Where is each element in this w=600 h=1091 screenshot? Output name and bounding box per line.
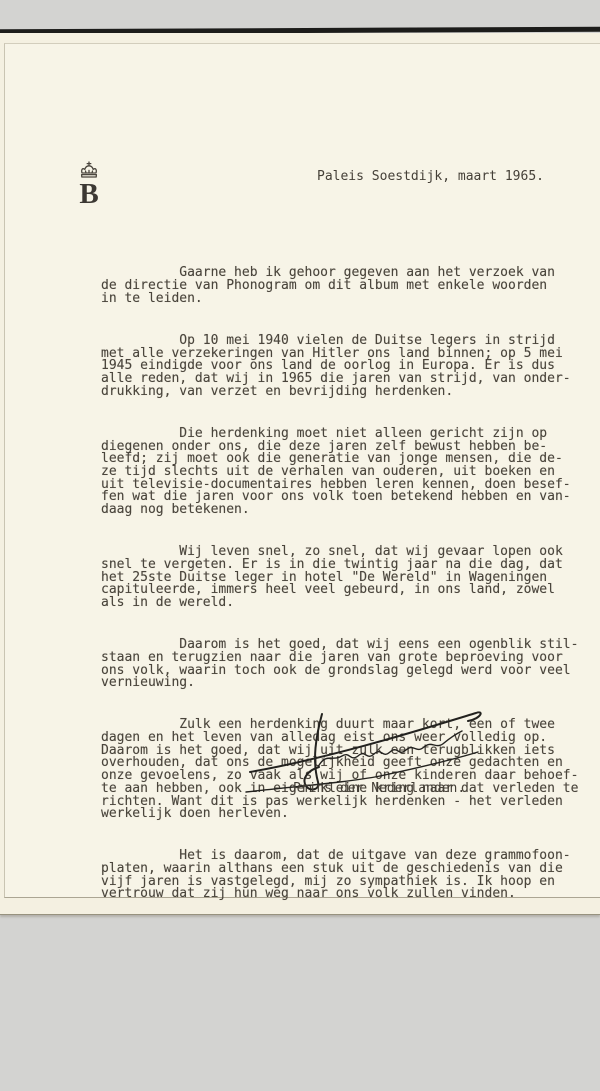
crown-icon [78,160,100,180]
letter-paragraph-3: Die herdenking moet niet alleen gericht … [101,428,593,517]
letter-paragraph-1: Gaarne heb ik gehoor gegeven aan het ver… [101,267,593,305]
letter-paragraph-5: Daarom is het goed, dat wij eens een oge… [101,639,593,690]
letter-paragraph-2: Op 10 mei 1940 vielen de Duitse legers i… [101,335,593,399]
royal-monogram: B [76,181,102,207]
signature-caption: Prins der Nederlanden. [293,781,465,796]
date-line: Paleis Soestdijk, maart 1965. [317,170,544,184]
scanned-letter-page: { "letterhead": { "crown_icon": "royal-c… [0,0,600,1091]
letter-paragraph-7: Het is daarom, dat de uitgave van deze g… [101,850,593,901]
letter-body: Gaarne heb ik gehoor gegeven aan het ver… [101,242,593,914]
royal-letterhead: B [76,160,102,207]
letter-paragraph-4: Wij leven snel, zo snel, dat wij gevaar … [101,546,593,610]
